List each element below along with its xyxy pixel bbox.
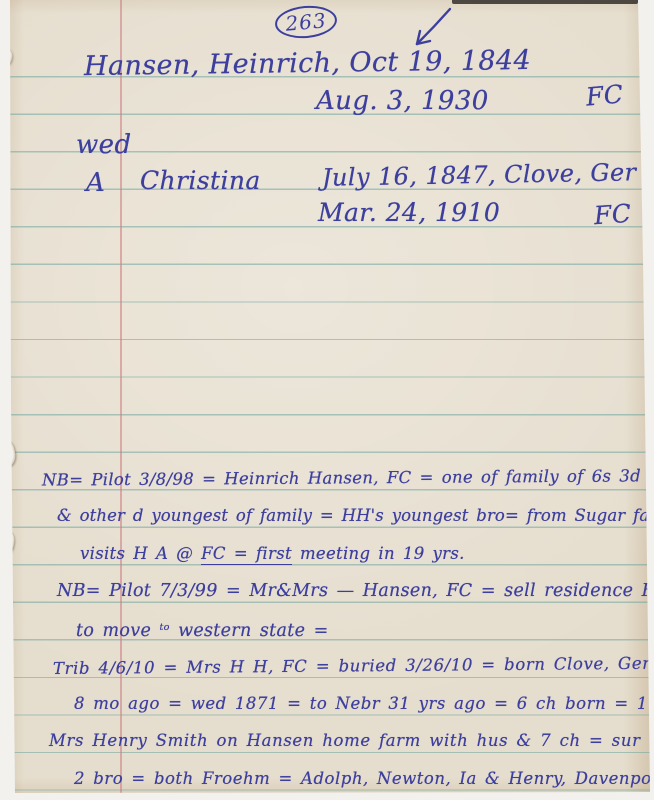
note-superscript: to: [159, 622, 169, 633]
note-line: visits H A @ FC = first meeting in 19 yr…: [80, 546, 465, 563]
binding-hole: [0, 164, 9, 180]
note-fragment: visits H A @: [80, 544, 201, 563]
note-line: Mrs Henry Smith on Hansen home farm with…: [49, 733, 654, 750]
entry-death-date: Aug. 3, 1930: [316, 88, 489, 114]
page-number-badge: 263: [274, 3, 339, 40]
entry-name-line: Hansen, Heinrich, Oct 19, 1844: [84, 47, 531, 80]
spouse-name: Christina: [140, 168, 261, 193]
page-number: 263: [284, 8, 327, 35]
page-top-edge-shadow: [452, 0, 638, 4]
binding-hole: [0, 591, 12, 612]
film-code: FC: [593, 201, 632, 229]
note-fragment-underlined: FC = first: [201, 544, 292, 565]
binding-hole: [0, 747, 13, 768]
film-code: FC: [585, 81, 624, 109]
spouse-initial: A: [86, 170, 105, 196]
binding-hole: [0, 682, 8, 698]
note-fragment: to move: [76, 621, 159, 641]
note-line: to move to western state =: [76, 623, 329, 641]
note-fragment: western state =: [170, 621, 329, 641]
scanned-ledger-screenshot: 263 Hansen, Heinrich, Oct 19, 1844 Aug. …: [0, 0, 654, 800]
wed-label: wed: [76, 132, 132, 158]
spouse-death-date: Mar. 24, 1910: [318, 200, 500, 225]
spouse-birth-line: July 16, 1847, Clove, Ger: [322, 160, 637, 189]
notebook-page: 263 Hansen, Heinrich, Oct 19, 1844 Aug. …: [0, 0, 654, 800]
binding-hole: [0, 296, 7, 308]
note-line: NB= Pilot 3/8/98 = Heinrich Hansen, FC =…: [42, 467, 654, 489]
note-line: NB= Pilot 7/3/99 = Mr&Mrs — Hansen, FC =…: [57, 583, 654, 601]
note-line: 2 bro = both Froehm = Adolph, Newton, Ia…: [74, 771, 654, 788]
note-fragment: meeting in 19 yrs.: [292, 544, 465, 563]
checkmark-icon: [402, 4, 454, 52]
binding-hole: [0, 46, 14, 67]
note-line: 8 mo ago = wed 1871 = to Nebr 31 yrs ago…: [74, 696, 654, 713]
note-line: & other d youngest of family = HH's youn…: [57, 508, 654, 525]
